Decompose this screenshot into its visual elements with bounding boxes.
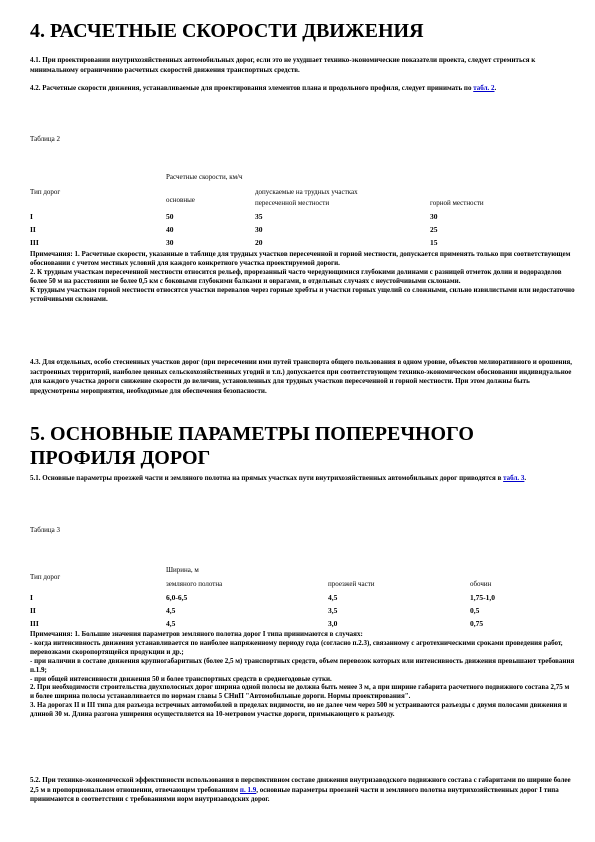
table-3-note-5: 2. При необходимости строительства двухп… — [30, 683, 575, 701]
table-2-col-main: основные — [166, 196, 195, 205]
table-3-row-2-subgrade: 4,5 — [166, 606, 175, 615]
table-2-col-allowed: допускаемые на трудных участках — [255, 188, 358, 197]
table-3-col-type: Тип дорог — [30, 573, 60, 582]
table-3-note-3: - при наличии в составе движения крупног… — [30, 657, 575, 675]
paragraph-4-2: 4.2. Расчетные скорости движения, устана… — [30, 84, 575, 94]
table-3-row-3-type: III — [30, 619, 39, 628]
table-3-note-4: - при общей интенсивности движения 50 и … — [30, 675, 575, 684]
table-3-row-1-type: I — [30, 593, 33, 602]
table-2-caption: Таблица 2 — [30, 135, 60, 143]
table-2-group-header: Расчетные скорости, км/ч — [166, 173, 243, 182]
table-3-row-3-carriageway: 3,0 — [328, 619, 337, 628]
table-2-row-3-cross: 20 — [255, 238, 263, 247]
table-3-row-3-shoulder: 0,75 — [470, 619, 483, 628]
table-3-row-2-type: II — [30, 606, 36, 615]
table-3-row-2-carriageway: 3,5 — [328, 606, 337, 615]
table-2-notes: Примечания: 1. Расчетные скорости, указа… — [30, 250, 575, 303]
table-2-row-3-main: 30 — [166, 238, 174, 247]
table-3-row-1-shoulder: 1,75-1,0 — [470, 593, 495, 602]
table-3-caption: Таблица 3 — [30, 526, 60, 534]
table-2-row-3-mountain: 15 — [430, 238, 438, 247]
table-2-row-1-type: I — [30, 212, 33, 221]
table-2-row-1-main: 50 — [166, 212, 174, 221]
table-3-col-carriageway: проезжей части — [328, 580, 375, 589]
table-2-link[interactable]: табл. 2 — [473, 84, 494, 92]
table-3-note-6: 3. На дорогах II и III типа для разъезда… — [30, 701, 575, 719]
table-3-group-header: Ширина, м — [166, 566, 199, 575]
section-4-title: 4. РАСЧЕТНЫЕ СКОРОСТИ ДВИЖЕНИЯ — [30, 19, 424, 43]
table-2-col-type: Тип дорог — [30, 188, 60, 197]
paragraph-4-2-end: . — [495, 84, 497, 92]
table-2-row-3-type: III — [30, 238, 39, 247]
table-2-row-2-type: II — [30, 225, 36, 234]
table-3-row-1-subgrade: 6,0-6,5 — [166, 593, 187, 602]
table-3-link[interactable]: табл. 3 — [503, 474, 524, 482]
clause-1-9-link[interactable]: п. 1.9 — [240, 786, 256, 794]
table-2-note-3: К трудным участкам горной местности отно… — [30, 286, 575, 304]
paragraph-4-3: 4.3. Для отдельных, особо стесненных уча… — [30, 358, 575, 396]
table-3-row-3-subgrade: 4,5 — [166, 619, 175, 628]
paragraph-4-1: 4.1. При проектировании внутрихозяйствен… — [30, 56, 575, 75]
paragraph-5-1-text: 5.1. Основные параметры проезжей части и… — [30, 474, 503, 482]
table-3-col-shoulder: обочин — [470, 580, 491, 589]
table-2-row-2-main: 40 — [166, 225, 174, 234]
table-2-row-1-mountain: 30 — [430, 212, 438, 221]
section-5-title: 5. ОСНОВНЫЕ ПАРАМЕТРЫ ПОПЕРЕЧНОГО ПРОФИЛ… — [30, 422, 480, 470]
table-3-col-subgrade: земляного полотна — [166, 580, 222, 589]
table-3-note-1: Примечания: 1. Большие значения параметр… — [30, 630, 575, 639]
table-2-row-2-cross: 30 — [255, 225, 263, 234]
table-2-row-2-mountain: 25 — [430, 225, 438, 234]
paragraph-5-1: 5.1. Основные параметры проезжей части и… — [30, 474, 575, 484]
table-2-note-2: 2. К трудным участкам пересеченной местн… — [30, 268, 575, 286]
paragraph-5-1-end: . — [524, 474, 526, 482]
table-3-notes: Примечания: 1. Большие значения параметр… — [30, 630, 575, 719]
table-3-note-2: - когда интенсивность движения устанавли… — [30, 639, 575, 657]
table-3-row-1-carriageway: 4,5 — [328, 593, 337, 602]
table-2-col-cross: пересеченной местности — [255, 199, 329, 208]
paragraph-4-2-text: 4.2. Расчетные скорости движения, устана… — [30, 84, 473, 92]
table-2-col-mountain: горной местности — [430, 199, 484, 208]
table-3-row-2-shoulder: 0,5 — [470, 606, 479, 615]
table-2-row-1-cross: 35 — [255, 212, 263, 221]
table-2-note-1: Примечания: 1. Расчетные скорости, указа… — [30, 250, 575, 268]
paragraph-5-2: 5.2. При технико-экономической эффективн… — [30, 776, 575, 805]
